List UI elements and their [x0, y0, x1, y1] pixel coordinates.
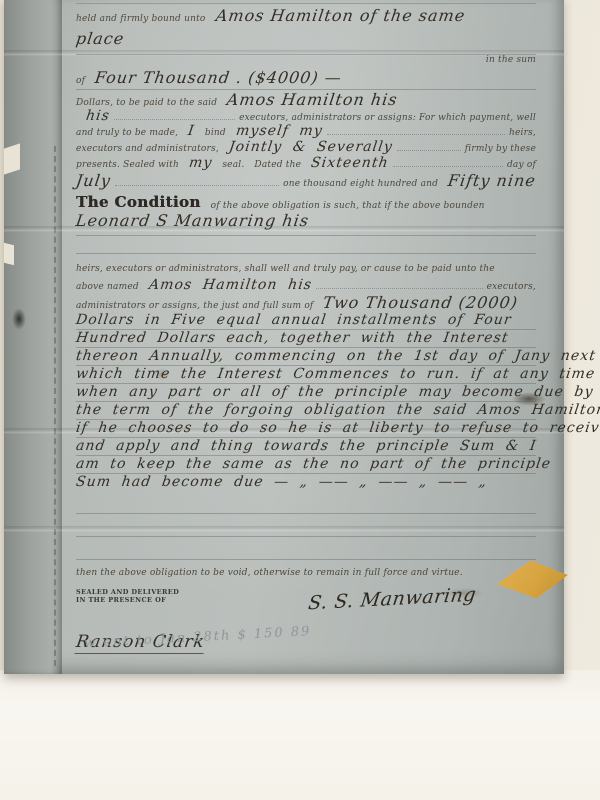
- printed-text: of: [76, 76, 85, 86]
- document-line: place: [76, 29, 536, 55]
- document-sheet: held and firmly bound unto Amos Hamilton…: [4, 0, 564, 674]
- handwritten-text: thereon Annually, commencing on the 1st …: [75, 348, 597, 364]
- closing-clause-line: then the above obligation to be void, ot…: [76, 568, 536, 578]
- handwritten-line: if he chooses to do so he is at liberty …: [76, 420, 536, 438]
- condition-heading-line: The Condition of the above obligation is…: [76, 190, 536, 211]
- handwritten-text: if he chooses to do so he is at liberty …: [75, 420, 600, 436]
- printed-text: one thousand eight hundred and: [283, 179, 438, 189]
- handwritten-text: July: [75, 171, 113, 190]
- handwritten-line: Hundred Dollars each, together with the …: [76, 330, 536, 348]
- handwritten-line: Dollars in Five equal annual installment…: [76, 312, 536, 330]
- printed-text: presents. Sealed with: [76, 160, 179, 170]
- printed-text: held and firmly bound unto: [76, 14, 206, 24]
- handwritten-text: I: [187, 123, 196, 139]
- document-line: held and firmly bound unto Amos Hamilton…: [76, 6, 536, 29]
- handwritten-line: Sum had become due — „ —— „ —— „ —— „: [76, 474, 536, 491]
- handwritten-text: myself my: [235, 123, 324, 139]
- printed-text: executors, administrators or assigns: Fo…: [239, 113, 536, 123]
- document-line: administrators or assigns, the just and …: [76, 293, 536, 312]
- torn-edge-notch: [4, 143, 20, 174]
- printed-text: in the sum: [486, 55, 536, 65]
- obligor-signature: S. S. Manwaring: [307, 584, 478, 615]
- document-line: executors and administrators, Jointly & …: [76, 139, 536, 155]
- table-surface: [0, 670, 600, 800]
- printed-text: heirs, executors or administrators, shal…: [76, 264, 495, 274]
- document-line: presents. Sealed with my seal. Dated the…: [76, 155, 536, 171]
- ruled-fill: [393, 166, 503, 167]
- handwritten-text: when any part or all of the principle ma…: [75, 384, 595, 400]
- blank-ruled-line: [76, 537, 536, 560]
- handwritten-text: Sixteenth: [310, 155, 390, 171]
- handwritten-text: Amos Hamilton his: [148, 277, 313, 293]
- handwritten-text: am to keep the same as the no part of th…: [75, 456, 552, 472]
- printed-text: and truly to be made,: [76, 128, 178, 138]
- document-line: above named Amos Hamilton his executors,: [76, 277, 536, 293]
- ruled-fill: [316, 288, 483, 289]
- handwritten-text: Dollars in Five equal annual installment…: [75, 312, 513, 328]
- blank-ruled-line: [76, 491, 536, 514]
- handwritten-line: which time the Interest Commences to run…: [76, 366, 536, 384]
- photo-backdrop: held and firmly bound unto Amos Hamilton…: [0, 0, 600, 800]
- document-line: and truly to be made, I bind myself my h…: [76, 123, 536, 139]
- handwritten-text: Sum had become due — „ —— „ —— „ —— „: [75, 474, 488, 490]
- document-line: his executors, administrators or assigns…: [76, 108, 536, 123]
- handwritten-text: his: [85, 108, 111, 124]
- printed-text: then the above obligation to be void, ot…: [76, 568, 463, 578]
- handwritten-text: the term of the forgoing obligation the …: [75, 402, 600, 418]
- document-text: held and firmly bound unto Amos Hamilton…: [76, 0, 536, 654]
- handwritten-text: which time the Interest Commences to run…: [75, 366, 597, 382]
- attestation-block: SEALED AND DELIVERED IN THE PRESENCE OF: [76, 588, 179, 604]
- printed-text: Dollars, to be paid to the said: [76, 98, 217, 108]
- handwritten-line: the term of the forgoing obligation the …: [76, 402, 536, 420]
- handwritten-text: Amos Hamilton his: [226, 90, 399, 109]
- condition-heading: The Condition: [76, 193, 201, 211]
- document-line: Leonard S Manwaring his: [76, 211, 536, 236]
- document-line: Dollars, to be paid to the said Amos Ham…: [76, 90, 536, 108]
- blank-ruled-line: [76, 514, 536, 537]
- handwritten-text: Four Thousand . ($4000) —: [94, 68, 344, 87]
- printed-text: bind: [205, 128, 226, 138]
- ink-blot: [12, 308, 26, 330]
- handwritten-text: and apply and thing towards the principl…: [75, 438, 538, 454]
- handwritten-text: Fifty nine: [447, 171, 538, 190]
- printed-text: heirs,: [509, 128, 536, 138]
- document-line: in the sum: [76, 55, 536, 68]
- ruled-fill: [327, 134, 505, 135]
- printed-text: seal.: [222, 160, 244, 170]
- handwritten-line: and apply and thing towards the principl…: [76, 438, 536, 456]
- ruled-fill: [115, 185, 279, 186]
- printed-text: executors,: [487, 282, 536, 292]
- attestation-text: IN THE PRESENCE OF: [76, 596, 179, 604]
- handwritten-text: my: [188, 155, 214, 171]
- torn-edge-notch: [4, 243, 14, 265]
- attestation-text: SEALED AND DELIVERED: [76, 588, 179, 596]
- printed-text: Dated the: [254, 160, 301, 170]
- fold-gap: [76, 254, 536, 264]
- document-line: heirs, executors or administrators, shal…: [76, 264, 536, 277]
- document-line: of Four Thousand . ($4000) —: [76, 68, 536, 90]
- printed-text: firmly by these: [465, 144, 536, 154]
- handwritten-text: Hundred Dollars each, together with the …: [75, 330, 510, 346]
- document-line: July one thousand eight hundred and Fift…: [76, 171, 536, 190]
- printed-text: of the above obligation is such, that if…: [211, 201, 485, 211]
- ruled-fill: [397, 150, 461, 151]
- printed-text: executors and administrators,: [76, 144, 219, 154]
- ruled-line: [76, 0, 536, 4]
- handwritten-line: am to keep the same as the no part of th…: [76, 456, 536, 474]
- blank-ruled-line: [76, 236, 536, 254]
- printed-text: day of: [507, 160, 536, 170]
- ruled-fill: [114, 119, 235, 120]
- stitch-perforation-line: [54, 146, 56, 666]
- handwritten-text: Two Thousand (2000): [322, 293, 520, 312]
- printed-text: above named: [76, 282, 139, 292]
- handwritten-text: Amos Hamilton of the same: [214, 6, 466, 25]
- handwritten-line: when any part or all of the principle ma…: [76, 384, 536, 402]
- handwritten-text: Jointly & Severally: [228, 139, 394, 155]
- handwritten-text: Leonard S Manwaring his: [75, 211, 311, 230]
- handwritten-line: thereon Annually, commencing on the 1st …: [76, 348, 536, 366]
- printed-text: administrators or assigns, the just and …: [76, 301, 313, 311]
- handwritten-text: place: [75, 29, 126, 48]
